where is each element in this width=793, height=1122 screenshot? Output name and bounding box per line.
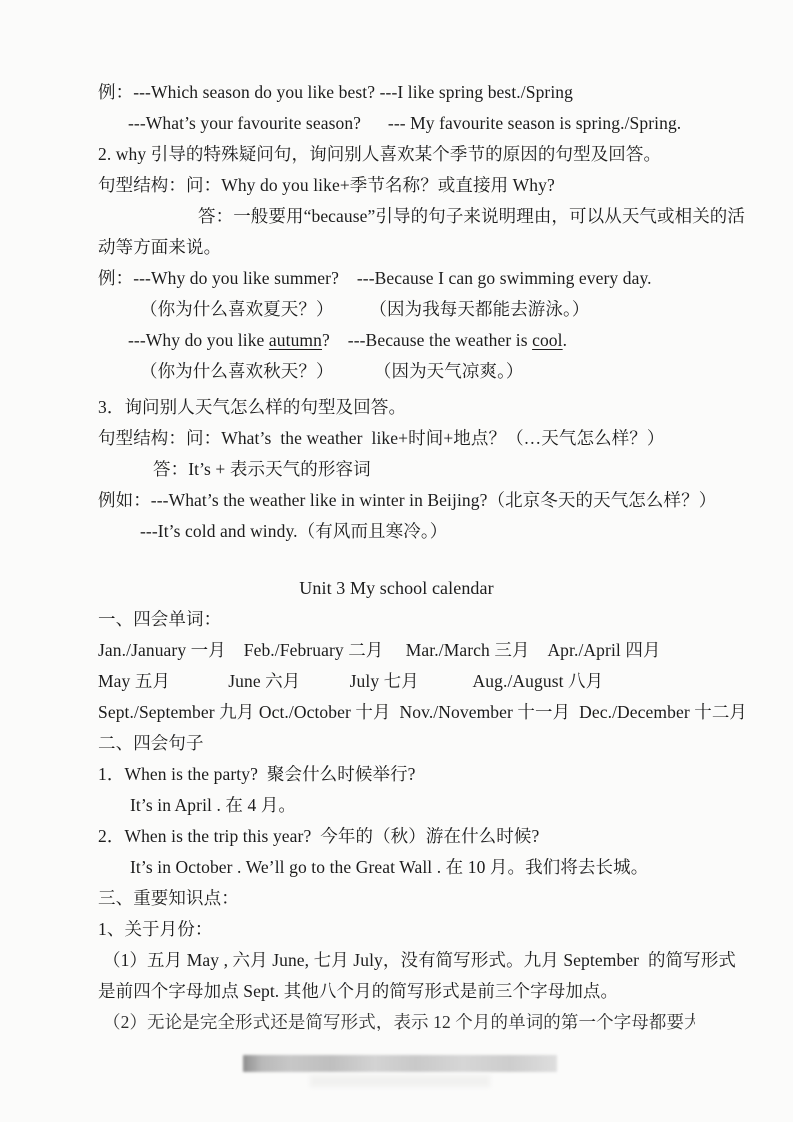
text-line: Jan./January 一月 Feb./February 二月 Mar./Ma…: [98, 635, 695, 666]
text-line: 例：---Which season do you like best? ---I…: [98, 77, 695, 108]
underlined-word: autumn: [269, 330, 322, 350]
text-span: Unit 3 My school calendar: [299, 578, 493, 598]
text-span: .: [563, 330, 567, 350]
text-span: ---It’s cold and windy.（有风而且寒冷。）: [140, 521, 447, 541]
text-span: （你为什么喜欢秋天？） （因为天气凉爽。）: [140, 361, 524, 381]
text-line: 二、四会句子: [98, 728, 695, 759]
text-line: Sept./September 九月 Oct./October 十月 Nov./…: [98, 697, 695, 728]
underlined-word: cool: [532, 330, 563, 350]
text-span: ? ---Because the weather is: [322, 330, 532, 350]
text-span: 例：---Why do you like summer? ---Because …: [98, 268, 652, 288]
text-span: 句型结构：问：Why do you like+季节名称？或直接用 Why?: [98, 175, 555, 195]
text-span: 答：It’s + 表示天气的形容词: [153, 459, 371, 479]
text-line: 2. why 引导的特殊疑问句，询问别人喜欢某个季节的原因的句型及回答。: [98, 139, 695, 170]
section-heading: Unit 3 My school calendar: [98, 573, 695, 604]
text-span: 答：一般要用“because”引导的句子来说明理由，可以从天气或相关的活: [198, 206, 745, 226]
text-span: 动等方面来说。: [98, 237, 221, 257]
text-line: ---What’s your favourite season? --- My …: [128, 108, 695, 139]
text-span: （你为什么喜欢夏天？） （因为我每天都能去游泳。）: [140, 299, 589, 319]
text-line: May 五月 June 六月 July 七月 Aug./August 八月: [98, 666, 695, 697]
text-span: 三、重要知识点：: [98, 888, 239, 908]
text-line: 句型结构：问：What’s the weather like+时间+地点？（…天…: [98, 423, 695, 454]
text-line: 1．When is the party? 聚会什么时候举行?: [98, 759, 695, 790]
text-span: 2．When is the trip this year? 今年的（秋）游在什么…: [98, 826, 539, 846]
text-span: 二、四会句子: [98, 733, 204, 753]
text-span: 是前四个字母加点 Sept. 其他八个月的简写形式是前三个字母加点。: [98, 981, 618, 1001]
redacted-watermark-bar: [243, 1055, 557, 1072]
text-line: 例：---Why do you like summer? ---Because …: [98, 263, 695, 294]
text-span: Jan./January 一月 Feb./February 二月 Mar./Ma…: [98, 640, 661, 660]
watermark-ghost-smudge: [310, 1075, 490, 1087]
text-span: ---What’s your favourite season? --- My …: [128, 113, 681, 133]
text-line: 动等方面来说。: [98, 232, 695, 263]
text-line: It’s in April . 在 4 月。: [130, 790, 695, 821]
text-line: ---It’s cold and windy.（有风而且寒冷。）: [140, 516, 695, 547]
text-line: 句型结构：问：Why do you like+季节名称？或直接用 Why?: [98, 170, 695, 201]
text-line: ---Why do you like autumn? ---Because th…: [128, 325, 695, 356]
text-span: 1．When is the party? 聚会什么时候举行?: [98, 764, 416, 784]
text-span: 1、关于月份：: [98, 919, 212, 939]
text-span: 3．询问别人天气怎么样的句型及回答。: [98, 397, 406, 417]
text-span: 例：---Which season do you like best? ---I…: [98, 82, 573, 102]
document-page: 例：---Which season do you like best? ---I…: [0, 0, 793, 1122]
text-line: 2．When is the trip this year? 今年的（秋）游在什么…: [98, 821, 695, 852]
text-line: 答：一般要用“because”引导的句子来说明理由，可以从天气或相关的活: [198, 201, 695, 232]
text-span: （2）无论是完全形式还是简写形式，表示 12 个月的单词的第一个字母都要大写.: [103, 1012, 695, 1031]
text-span: ---Why do you like: [128, 330, 269, 350]
text-span: 例如：---What’s the weather like in winter …: [98, 490, 716, 510]
text-line: 三、重要知识点：: [98, 883, 695, 914]
text-span: It’s in October . We’ll go to the Great …: [130, 857, 648, 877]
text-line: 例如：---What’s the weather like in winter …: [98, 485, 695, 516]
text-line: 是前四个字母加点 Sept. 其他八个月的简写形式是前三个字母加点。: [98, 976, 695, 1007]
text-line: It’s in October . We’ll go to the Great …: [130, 852, 695, 883]
text-span: （1）五月 May , 六月 June, 七月 July，没有简写形式。九月 S…: [103, 950, 736, 970]
text-line: （2）无论是完全形式还是简写形式，表示 12 个月的单词的第一个字母都要大写.: [103, 1007, 695, 1031]
text-span: 一、四会单词：: [98, 609, 221, 629]
text-span: It’s in April . 在 4 月。: [130, 795, 296, 815]
text-span: May 五月 June 六月 July 七月 Aug./August 八月: [98, 671, 603, 691]
text-line: （你为什么喜欢夏天？） （因为我每天都能去游泳。）: [140, 294, 695, 325]
text-line: （你为什么喜欢秋天？） （因为天气凉爽。）: [140, 356, 695, 387]
text-line: 3．询问别人天气怎么样的句型及回答。: [98, 392, 695, 423]
text-span: Sept./September 九月 Oct./October 十月 Nov./…: [98, 702, 747, 722]
text-line: 1、关于月份：: [98, 914, 695, 945]
text-line: 一、四会单词：: [98, 604, 695, 635]
text-span: 句型结构：问：What’s the weather like+时间+地点？（…天…: [98, 428, 664, 448]
text-line: 答：It’s + 表示天气的形容词: [153, 454, 695, 485]
document-body: 例：---Which season do you like best? ---I…: [0, 0, 793, 1031]
text-line: （1）五月 May , 六月 June, 七月 July，没有简写形式。九月 S…: [103, 945, 695, 976]
text-span: 2. why 引导的特殊疑问句，询问别人喜欢某个季节的原因的句型及回答。: [98, 144, 661, 164]
